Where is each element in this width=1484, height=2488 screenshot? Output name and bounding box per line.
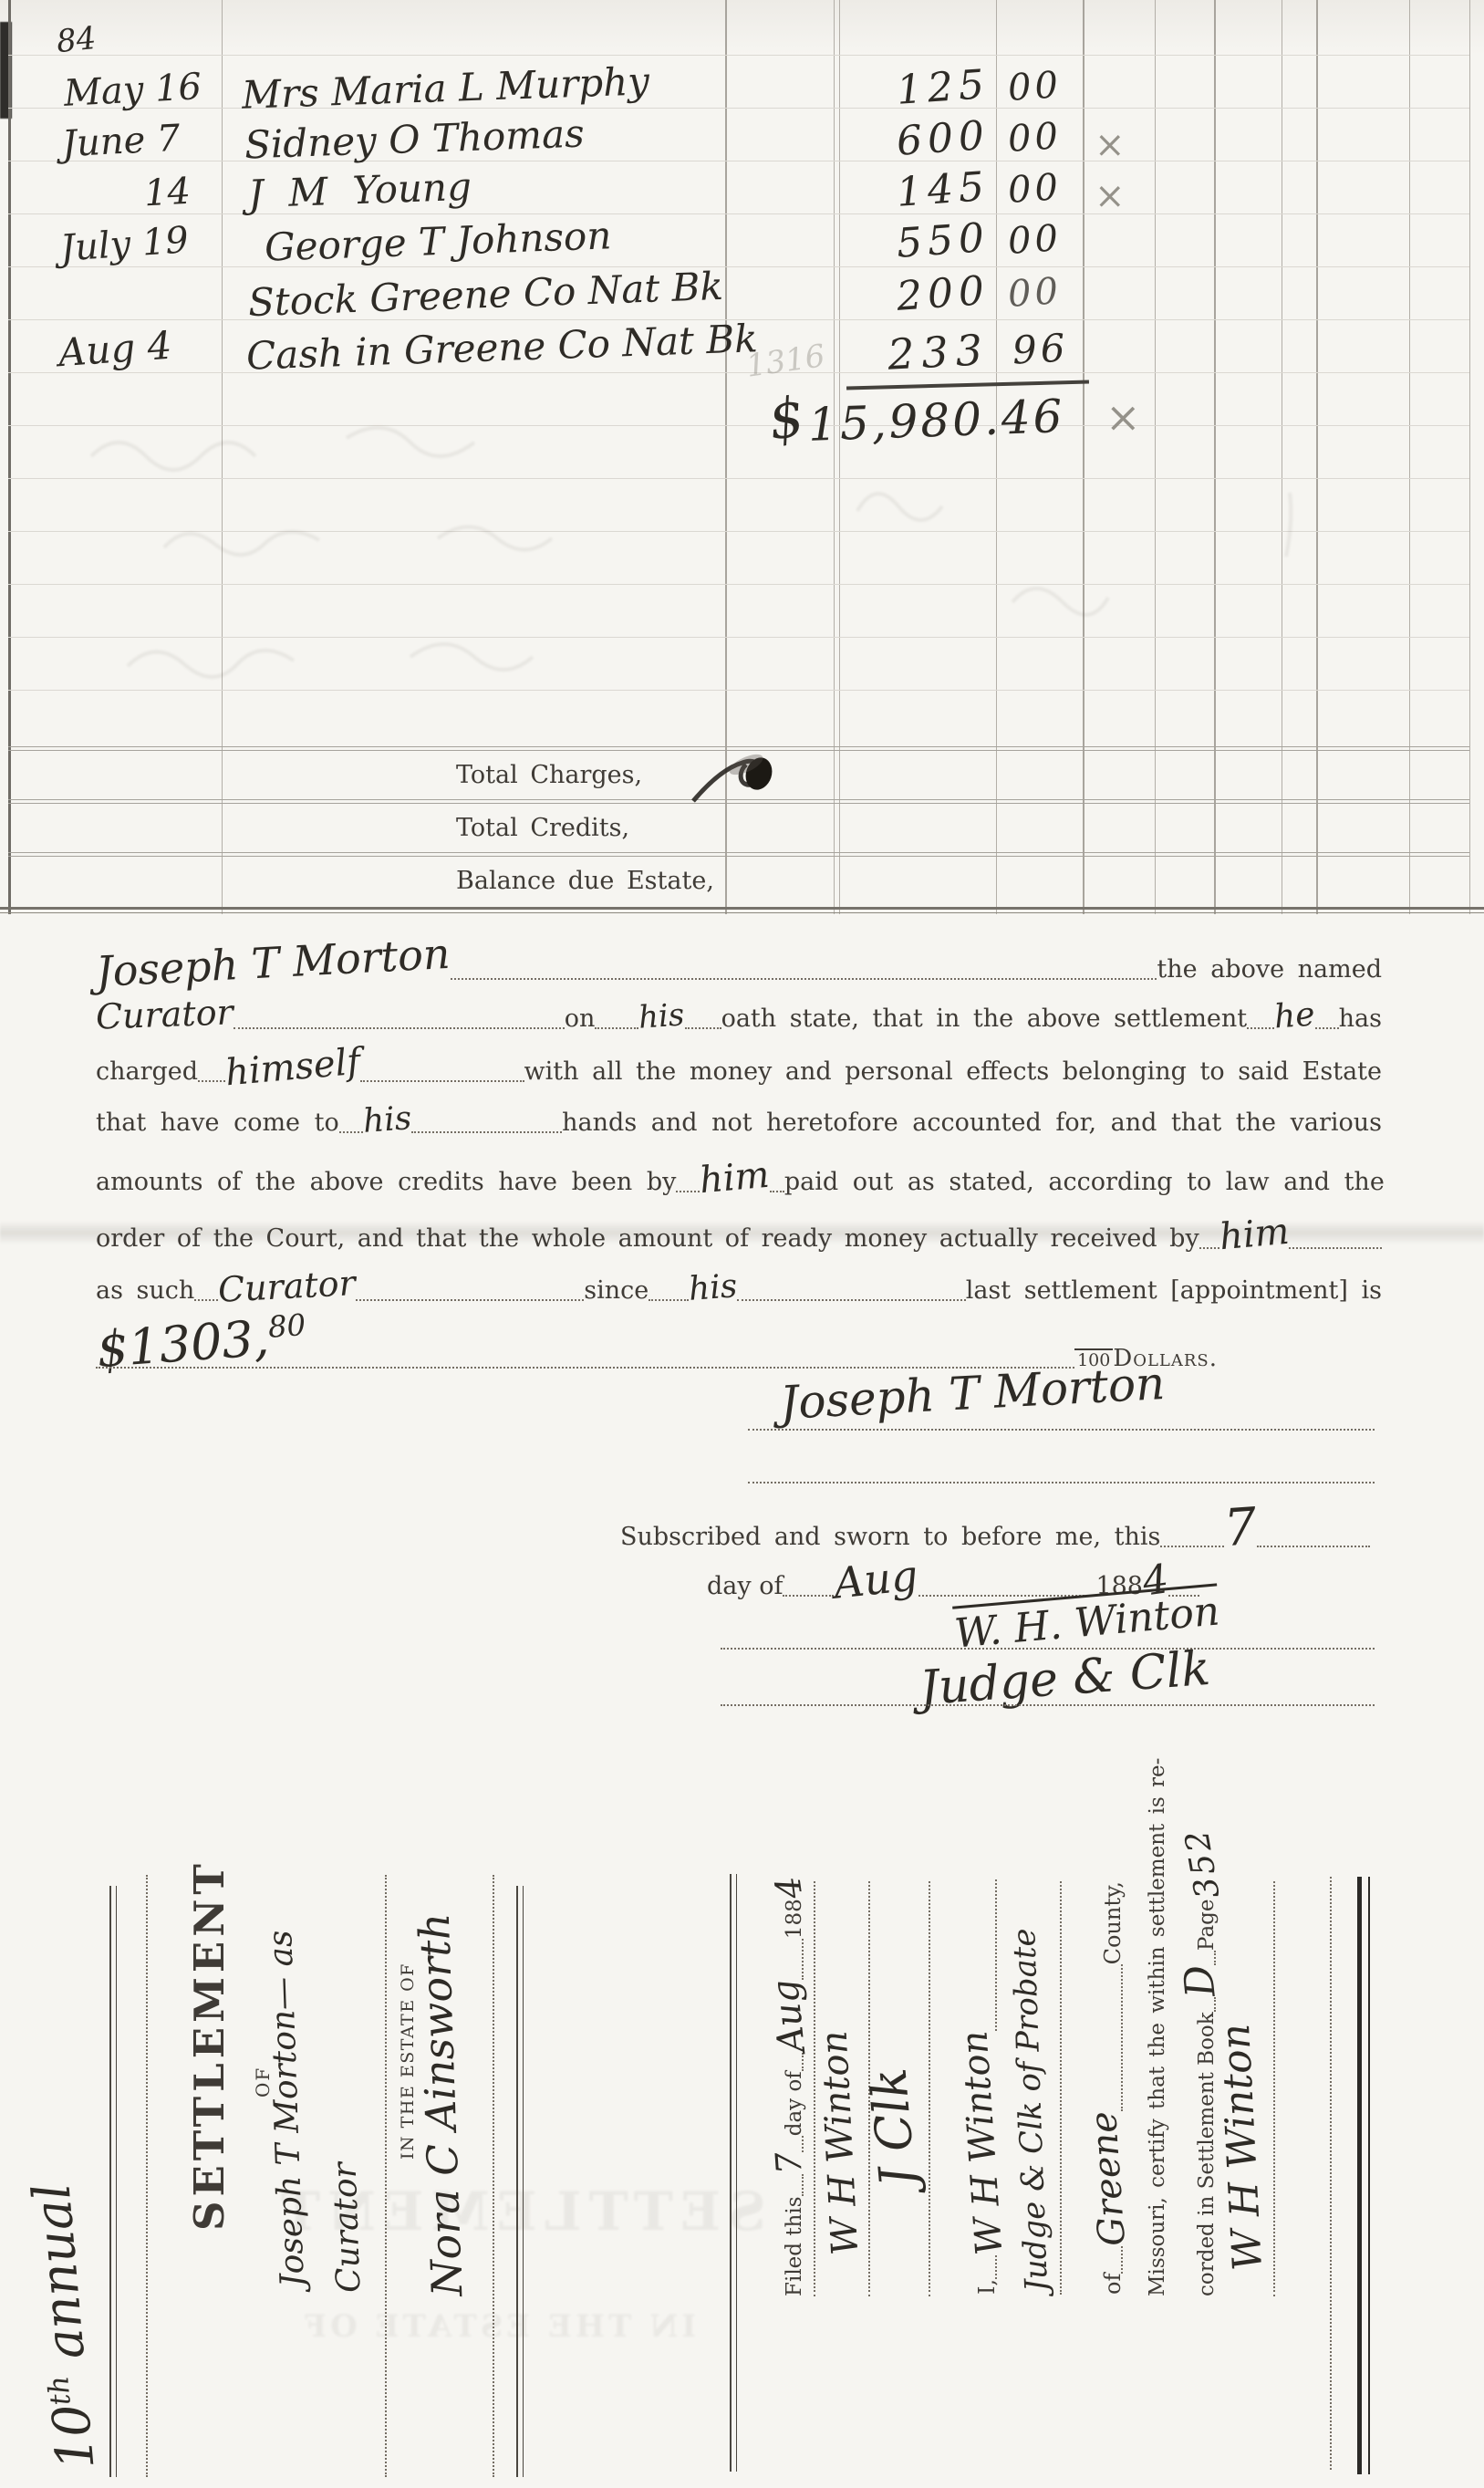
ledger-row-amount-dollars: 125 (851, 61, 991, 117)
summary-total-charges-label: Total Charges, (456, 761, 642, 789)
paid-out-print: paid out as stated, according to law and… (784, 1168, 1385, 1196)
section-divider-rule (0, 912, 1484, 913)
on-print: on (565, 1005, 596, 1033)
estate-name-handwritten: Nora C Ainsworth (410, 1912, 472, 2297)
footer-double-rule (730, 1874, 737, 2472)
him-handwritten: him (1218, 1211, 1291, 1258)
footer-dotted-rule (814, 1881, 815, 2296)
dotted-fill-line (411, 1124, 562, 1133)
his-handwritten: his (361, 1099, 412, 1140)
page-number-handwritten: 352 (1178, 1826, 1228, 1902)
rotated-filing-panel: 10th annual SETTLEMENT OF Joseph T Morto… (0, 1861, 1484, 2488)
dotted-fill-line (360, 1073, 524, 1082)
dotted-fill-line (649, 1292, 689, 1301)
ledger-row-amount-dollars: 233 (847, 325, 991, 381)
footer-curator-name: Joseph T Morton— as (262, 1930, 312, 2288)
dotted-fill-line (595, 1020, 638, 1029)
dotted-fill-line (1207, 1997, 1216, 2012)
dotted-fill-line (737, 1292, 965, 1301)
footer-heavy-rule (1357, 1877, 1370, 2474)
dotted-fill-line (794, 2174, 804, 2196)
annual-suffix: th (42, 2375, 78, 2407)
sworn-line: Subscribed and sworn to before me, this … (620, 1498, 1370, 1549)
ledger-row-date: May 16 (63, 66, 202, 115)
above-named-print: the above named (1157, 955, 1382, 984)
dotted-fill-line (770, 1183, 784, 1192)
ledger-row-date: June 7 (61, 118, 182, 166)
amount-cents: 80 (267, 1307, 307, 1345)
sworn-day-handwritten: 7 (1222, 1497, 1259, 1558)
affidavit-line-5: amounts of the above credits have been b… (96, 1157, 1382, 1204)
dotted-fill-line (988, 1879, 997, 2031)
footer-curator-role: Curator (327, 2162, 368, 2294)
dotted-fill-line (339, 1124, 363, 1133)
filed-line: Filed this 7 day of Aug 188 4 (768, 1877, 810, 2296)
footer-double-rule (516, 1886, 524, 2477)
ledger-row-amount-dollars: 600 (851, 112, 991, 168)
filed-year-handwritten: 4 (768, 1874, 811, 1901)
ledger-row-amount-cents: 00 (1006, 64, 1063, 109)
his-handwritten: his (638, 996, 686, 1036)
himself-handwritten: himself (223, 1041, 362, 1095)
footer-dotted-rule (1273, 1881, 1275, 2296)
last-settlement-print: last settlement [appointment] is (966, 1276, 1382, 1305)
clerk-signature: W H Winton (814, 2030, 867, 2256)
ledger-horizontal-rule (8, 55, 1469, 56)
filed-month-handwritten: Aug (764, 1978, 814, 2056)
ink-blot (682, 737, 819, 814)
settlement-document-page: 84 May 16 Mrs Maria L Murphy 125 00 June… (0, 0, 1484, 2488)
footer-dotted-rule (1330, 1877, 1332, 2470)
dotted-fill-line (1207, 1951, 1216, 1965)
ledger-row-date: 14 (143, 171, 192, 215)
bleed-through-ghost-marks (55, 401, 1377, 730)
certify-name-handwritten: W H Winton (953, 2029, 1011, 2256)
ledger-row-description: J M Young (247, 164, 472, 217)
dotted-fill-line (1199, 1240, 1219, 1249)
dotted-fill-line (451, 971, 1157, 980)
ledger-horizontal-rule (8, 161, 1469, 161)
filed-day-handwritten: 7 (768, 2151, 810, 2176)
officer-signature-line (721, 1648, 1375, 1650)
summary-rule (8, 856, 1469, 857)
ledger-year-note: 84 (55, 20, 98, 60)
dotted-fill-line (1114, 1964, 1123, 2110)
certify-title-handwritten: Judge & Clk of Probate (1006, 1928, 1055, 2293)
ledger-horizontal-rule (8, 213, 1469, 214)
dotted-fill-line (356, 1292, 584, 1301)
dotted-fill-line (1114, 2246, 1123, 2274)
order-print: order of the Court, and that the whole a… (96, 1224, 1199, 1253)
ledger-vertical-rule (1469, 0, 1470, 914)
dotted-fill-line (1257, 1538, 1370, 1547)
dotted-fill-line (1289, 1240, 1382, 1249)
affidavit-line-3: charged himself with all the money and p… (96, 1046, 1382, 1094)
he-handwritten: he (1273, 995, 1316, 1036)
summary-total-credits-label: Total Credits, (456, 814, 629, 842)
footer-dotted-rule (385, 1875, 387, 2477)
sworn-print: Subscribed and sworn to before me, this (620, 1523, 1160, 1551)
dotted-fill-line (794, 2053, 804, 2071)
hands-print: hands and not heretofore accounted for, … (562, 1109, 1382, 1137)
dotted-fill-line (676, 1183, 700, 1192)
ledger-row-date: Aug 4 (57, 323, 172, 376)
ledger-row-amount-cents: 00 (1006, 115, 1063, 161)
annual-number-handwritten: 10th annual (35, 2183, 94, 2470)
ledger-row-amount-dollars: 145 (851, 163, 991, 219)
dotted-fill-line (233, 1020, 565, 1029)
affidavit-line-6: order of the Court, and that the whole a… (96, 1213, 1382, 1261)
ledger-row-amount-dollars: 550 (851, 214, 991, 270)
footer-dotted-rule (1060, 1881, 1062, 2295)
oath-print: oath state, that in the above settlement (721, 1005, 1248, 1033)
summary-rule (8, 852, 1469, 853)
with-all-print: with all the money and personal effects … (524, 1057, 1382, 1086)
annual-text: 10th annual (22, 2181, 106, 2472)
officer-title-line (721, 1704, 1375, 1706)
ledger-row-amount-cents: 00 (1006, 166, 1063, 212)
as-such-print: as such (96, 1276, 194, 1305)
ledger-row-check-mark: × (1095, 124, 1126, 166)
certify-of-print: of (1100, 2274, 1126, 2295)
blank-signature-line (748, 1482, 1375, 1483)
certify-body-line-1: Missouri, certify that the within settle… (1146, 1758, 1169, 2296)
certify-name-line: I, W H Winton (961, 1879, 1003, 2295)
filed-day-of-print: day of (783, 2071, 806, 2136)
book-letter-handwritten: D (1175, 1962, 1224, 1999)
dotted-fill-line (794, 1939, 804, 1980)
dotted-fill-line (988, 2255, 997, 2279)
ledger-vertical-rule (1409, 0, 1410, 914)
footer-dotted-rule (493, 1875, 494, 2477)
county-label-print: County, (1100, 1881, 1126, 1964)
annual-word: annual (22, 2181, 97, 2362)
affidavit-line-1: Joseph T Morton the above named (96, 938, 1382, 989)
dotted-fill-line (783, 1588, 834, 1597)
dotted-fill-line (198, 1073, 225, 1082)
ledger-row-amount-cents: 00 (1006, 217, 1063, 263)
ledger-total-amount: 15,980.46 (807, 390, 1065, 452)
amounts-by-print: amounts of the above credits have been b… (96, 1168, 676, 1196)
annual-number: 10 (42, 2402, 107, 2472)
affidavit-line-2: Curator on his oath state, that in the a… (96, 994, 1382, 1042)
rotated-panel-inner: 10th annual SETTLEMENT OF Joseph T Morto… (0, 1861, 1484, 2488)
dotted-fill-line (1247, 1020, 1274, 1029)
come-to-print: that have come to (96, 1109, 339, 1137)
page-label-print: Page (1195, 1900, 1219, 1952)
ledger-horizontal-rule (8, 372, 1469, 373)
dotted-fill-line (1315, 1020, 1339, 1029)
dotted-fill-line (96, 1359, 1074, 1369)
day-of-print: day of (707, 1572, 783, 1600)
ledger-row-amount-cents: 96 (1012, 325, 1070, 372)
filed-year-print: 188 (783, 1899, 806, 1939)
section-divider-rule (0, 907, 1484, 910)
signature-line (748, 1429, 1375, 1431)
ledger-horizontal-rule (8, 266, 1469, 267)
footer-dotted-rule (929, 1881, 930, 2296)
ledger-row-date: July 19 (59, 219, 191, 270)
dotted-fill-line (194, 1292, 218, 1301)
ledger-row-check-mark: × (1095, 175, 1126, 217)
his-handwritten: his (688, 1267, 739, 1308)
him-handwritten: him (699, 1154, 772, 1202)
curator-role-handwritten: Curator (217, 1263, 357, 1310)
ledger-vertical-rule (8, 0, 11, 914)
affidavit-line-4: that have come to his hands and not here… (96, 1101, 1382, 1149)
charged-print: charged (96, 1057, 198, 1086)
footer-dotted-rule (146, 1875, 148, 2477)
filed-print: Filed this (783, 2196, 806, 2296)
clerk-title-handwritten: J Clk (859, 2066, 927, 2189)
has-print: has (1339, 1005, 1382, 1033)
summary-balance-due-label: Balance due Estate, (456, 867, 714, 895)
county-handwritten: Greene (1083, 2109, 1134, 2247)
dotted-fill-line (685, 1020, 721, 1029)
ledger-horizontal-rule (8, 108, 1469, 109)
certify-county-line: of Greene County, (1087, 1881, 1129, 2295)
since-print: since (584, 1276, 649, 1305)
certify-i-print: I, (974, 2279, 1000, 2295)
dotted-fill-line (794, 2136, 804, 2152)
ledger-row-amount-cents: 00 (1006, 270, 1063, 316)
settlement-title: SETTLEMENT (185, 1859, 233, 2231)
footer-double-rule (109, 1886, 117, 2477)
ledger-row-amount-dollars: 200 (851, 267, 991, 323)
curator-name-handwritten: Joseph T Morton (95, 929, 451, 996)
ledger-total-check-mark: × (1105, 392, 1141, 442)
curator-role-handwritten: Curator (95, 992, 233, 1036)
month-handwritten: Aug (832, 1550, 920, 1608)
dotted-fill-line (1160, 1538, 1224, 1547)
